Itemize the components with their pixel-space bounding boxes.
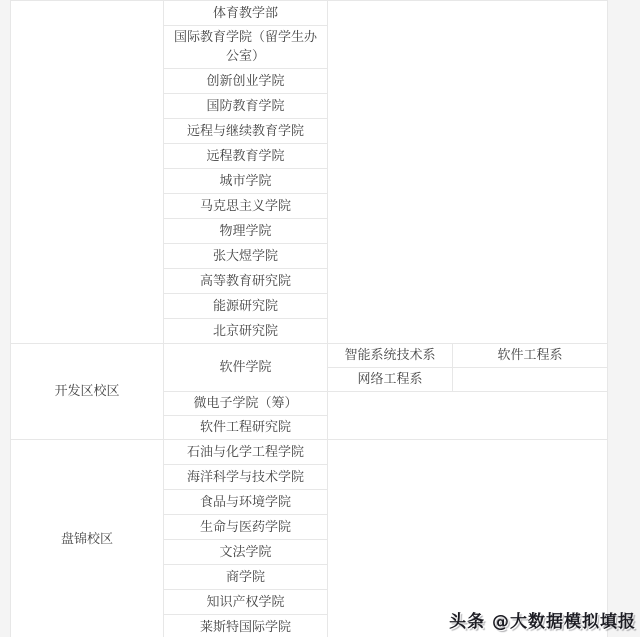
empty-region-cell	[328, 1, 608, 344]
college-cell: 莱斯特国际学院	[164, 615, 328, 637]
department-cell: 网络工程系	[328, 368, 453, 392]
college-cell: 食品与环境学院	[164, 490, 328, 515]
college-cell: 国际教育学院（留学生办公室）	[164, 26, 328, 69]
college-cell: 软件工程研究院	[164, 416, 328, 440]
campus-cell: 开发区校区	[11, 344, 164, 440]
college-cell: 物理学院	[164, 219, 328, 244]
college-cell: 体育教学部	[164, 1, 328, 26]
college-cell: 国防教育学院	[164, 94, 328, 119]
college-cell: 张大煜学院	[164, 244, 328, 269]
college-cell: 创新创业学院	[164, 69, 328, 94]
page: 体育教学部 国际教育学院（留学生办公室） 创新创业学院 国防教育学院 远程与继续…	[0, 0, 640, 637]
college-cell: 城市学院	[164, 169, 328, 194]
college-cell: 远程与继续教育学院	[164, 119, 328, 144]
college-cell: 商学院	[164, 565, 328, 590]
department-cell	[453, 368, 608, 392]
department-cell: 智能系统技术系	[328, 344, 453, 368]
college-cell: 海洋科学与技术学院	[164, 465, 328, 490]
college-cell: 马克思主义学院	[164, 194, 328, 219]
college-cell: 远程教育学院	[164, 144, 328, 169]
college-cell: 知识产权学院	[164, 590, 328, 615]
college-cell: 软件学院	[164, 344, 328, 392]
campus-cell: 盘锦校区	[11, 440, 164, 637]
college-cell: 石油与化学工程学院	[164, 440, 328, 465]
department-cell: 软件工程系	[453, 344, 608, 368]
college-cell: 北京研究院	[164, 319, 328, 344]
college-cell: 能源研究院	[164, 294, 328, 319]
college-cell: 生命与医药学院	[164, 515, 328, 540]
college-cell: 高等教育研究院	[164, 269, 328, 294]
college-cell: 文法学院	[164, 540, 328, 565]
campus-college-table: 体育教学部 国际教育学院（留学生办公室） 创新创业学院 国防教育学院 远程与继续…	[10, 0, 608, 637]
college-cell: 微电子学院（筹）	[164, 392, 328, 416]
toutiao-watermark: 头条 @大数据模拟填报	[449, 607, 636, 632]
empty-region-cell	[328, 392, 608, 440]
campus-cell	[11, 1, 164, 344]
